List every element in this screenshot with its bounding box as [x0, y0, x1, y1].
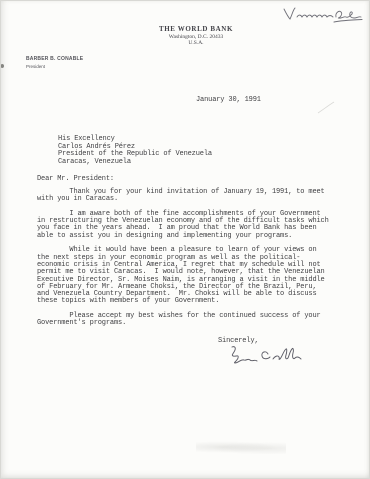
sender-title: President [26, 64, 83, 69]
letterhead-org: THE WORLD BANK [136, 25, 256, 33]
sender-block: BARBER B. CONABLE President [26, 56, 83, 69]
salutation: Dear Mr. President: [37, 175, 114, 183]
recipient-address: His Excellency Carlos Andrés Pérez Presi… [58, 136, 212, 166]
letter-body: Thank you for your kind invitation of Ja… [37, 189, 329, 328]
letterhead: THE WORLD BANK Washington, D.C. 20433 U.… [136, 25, 256, 46]
scan-smudge [196, 440, 286, 454]
scan-edge-speck [1, 64, 4, 68]
letter-date: January 30, 1991 [196, 96, 261, 104]
letter-page: THE WORLD BANK Washington, D.C. 20433 U.… [0, 0, 370, 479]
scan-scratch-mark [316, 100, 336, 116]
sender-name: BARBER B. CONABLE [26, 56, 83, 62]
letterhead-country: U.S.A. [136, 40, 256, 46]
handwritten-venezuela-annotation [281, 5, 365, 27]
signature-handwriting [228, 344, 312, 372]
